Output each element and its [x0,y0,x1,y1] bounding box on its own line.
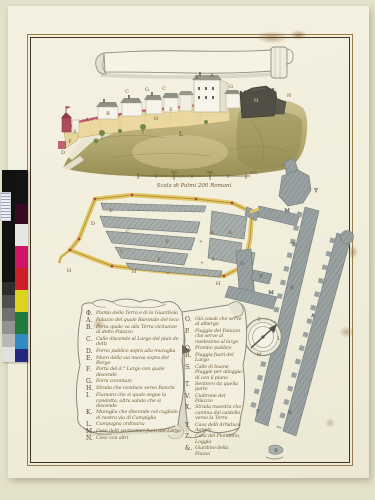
legend-entry: Forni communi [96,379,132,384]
legend-row: P.Piaggia del Palazzo che serve al medes… [185,329,243,345]
map-letter-+: + [199,239,203,245]
legend-key: E. [86,356,94,362]
legend-key: R. [185,353,193,359]
map-letter-C: C [126,229,130,235]
map-letter-M: M [253,98,258,104]
map-letter-G: G [145,87,149,93]
map-letter-H: H [154,116,159,122]
map-letter-+: + [200,260,204,266]
legend-key: I. [86,393,94,399]
legend-key: B. [86,325,94,331]
map-letter-A: A [310,313,315,319]
legend-entry: Campagna ordinaria [96,422,145,427]
legend-row: O.Già casali che serve al albergo [185,317,243,328]
legend-key: K. [86,410,94,416]
legend-entry: Muro della via nuova sopra del Borgo [96,356,182,367]
legend-row: T.Sentiero da quella parte [185,382,243,393]
legend-row: X.Strada maestra che camina dal castello… [185,405,243,421]
map-letter-H: H [216,281,221,287]
legend-key: D. [86,349,94,355]
legend-key: F. [86,367,94,373]
legend-entry: Sentiero da quella parte [195,382,243,393]
legend-key: X. [185,405,193,411]
map-letter-F: F [259,274,263,280]
map-letter-M: M [268,290,273,296]
map-letter-G: G [229,84,233,90]
legend-entry: Palazzo del quale Baronale del loco [96,318,179,323]
legend-row: R.Piaggia fuori del Largo [185,353,243,364]
legend-entry: Casa del Piombino, Loggia [195,434,243,445]
map-letter-F: F [157,257,161,263]
map-letter-C: C [162,86,166,92]
calibration-color-swatch [15,224,28,246]
calibration-gray-swatch [2,170,15,282]
legend-entry: Calle di buone Piaggie per alloggio di c… [195,365,243,381]
legend-key: P. [185,329,193,335]
fortress-view: CGCBAGMNEHLASBDF [58,72,307,177]
legend-key: O. [185,317,193,323]
legend-entry: Fiumara che si quale segue la condotta, … [96,393,182,409]
map-letter-F: F [68,139,72,145]
calibration-color-swatch [15,349,28,362]
map-letter-O: O [240,261,244,267]
map-letter-S: S [290,285,294,291]
calibration-color-swatch [15,170,28,204]
legend-entry: Strada che conduce verso Banchi [96,386,175,391]
legend-key: Y. [185,423,193,429]
legend-entry: Porta quale va alla Terra vicinanze al d… [96,325,182,336]
map-letter-S: S [274,448,278,454]
legend-entry: Case delli particolari fuori del Largo [96,429,181,434]
legend-entry: Cialtrone del Palazzo [195,394,243,405]
fortress-plan: EDCFCFAAAGHHH++ [59,194,255,287]
calibration-gray-swatch [2,282,15,295]
legend-entry: Piaggia del Palazzo che serve al medesim… [195,329,243,345]
legend-entry: Calle discende al Largo del pian de dett… [96,337,182,348]
map-letter-D: D [61,150,65,156]
map-letter-F: F [165,239,169,245]
calibration-color-swatch [15,290,28,312]
legend-entry: Strada maestra che camina dal castello v… [195,405,243,421]
map-letter-C: C [125,89,129,95]
calibration-gray-swatch [2,321,15,334]
legend-entry: Giardino della Piazza [195,446,243,457]
map-letter-L: L [179,130,184,138]
map-letter-E: E [169,107,173,113]
legend-entry: Case con altri [96,436,128,441]
legend-entry: Porta del d.° Largo con quale discende [96,367,182,378]
map-letter-C: C [120,249,124,255]
legend-key: &. [185,446,193,452]
legend-key: S. [185,365,193,371]
legend-key: N. [86,436,94,442]
map-letter-B: B [288,410,292,416]
legend-row: F.Porta del d.° Largo con quale discende [86,367,182,378]
map-letter-L: L [278,336,281,342]
keep [240,86,286,118]
title-banner [96,47,293,79]
map-letter-A: A [209,230,214,236]
legend-entry: Casa delli Arhiduca Agnolo [195,423,243,434]
map-letter-M: M [257,352,262,358]
legend-row: I.Fiumara che si quale segue la condotta… [86,393,182,409]
legend-key: Z. [185,434,193,440]
scale-end-label: 200 [250,170,258,175]
map-letter-B: B [195,75,199,81]
legend-row: Y.Casa delli Arhiduca Agnolo [185,423,243,434]
calibration-sticker [0,192,11,221]
legend-entry: Già casali che serve al albergo [195,317,243,328]
map-letter-D: D [91,221,95,227]
legend-entry: Pianta della Terra e di la Guardiola [96,311,178,316]
legend-row: &.Giardino della Piazza [185,446,243,457]
map-letter-A: A [210,257,215,263]
map-letter-A: A [227,230,232,236]
calibration-gray-swatch [2,295,15,308]
calibration-color-swatch [15,312,28,334]
map-letter-A: A [84,117,89,123]
legend-entry: Forno publico sopra alla muraglia [96,349,175,354]
legend-row: C.Calle discende al Largo del pian de de… [86,337,182,348]
calibration-gray-swatch [2,347,15,362]
map-letter-R: R [292,242,296,248]
legend-row: B.Porta quale va alla Terra vicinanze al… [86,325,182,336]
map-letter-E: E [109,208,113,214]
calibration-colors [15,170,28,362]
map-letter-T: T [257,317,260,323]
map-letter-A: A [209,73,214,79]
calibration-color-swatch [15,268,28,290]
calibration-color-swatch [15,204,28,224]
legend-row: V.Cialtrone del Palazzo [185,394,243,405]
legend-entry: Piombo publico [195,346,231,351]
legend-row: K.Muraglia che discende col cugliolo di … [86,410,182,421]
fortress-buildings [96,72,240,119]
calibration-color-swatch [15,246,28,268]
legend-row: Z.Casa del Piombino, Loggia [185,434,243,445]
calibration-color-swatch [15,334,28,349]
legend-row: E.Muro della via nuova sopra del Borgo [86,356,182,367]
map-letter-M: M [284,208,289,214]
legend-entry: Piaggia fuori del Largo [195,353,243,364]
map-letter-H: H [132,269,137,275]
legend-row: S.Calle di buone Piaggie per alloggio di… [185,365,243,381]
map-letter-F: F [256,409,260,415]
legend-row: N.Case con altri [86,436,182,442]
legend-row: D.Forno publico sopra alla muraglia [86,349,182,355]
map-letter-S: S [73,129,77,135]
scale-caption: Scala di Palmi 200 Romani [157,183,232,189]
legend-key: C. [86,337,94,343]
map-letter-B: B [106,111,110,117]
calibration-gray-swatch [2,308,15,321]
legend-column-right: O.Già casali che serve al albergoP.Piagg… [185,317,243,458]
map-letter-N: N [287,93,292,99]
legend-key: V. [185,394,193,400]
legend-entry: Muraglia che discende col cugliolo di no… [96,410,182,421]
map-letter-H: H [67,268,72,274]
legend-key: T. [185,382,193,388]
legend-column-left: Φ.Pianta della Terra e di la GuardiolaA.… [86,311,182,443]
map-letter-T: T [314,188,318,194]
calibration-gray-swatch [2,334,15,347]
scanned-manuscript-map: CGCBAGMNEHLASBDF 200 Scala di Palmi 200 … [0,0,375,500]
